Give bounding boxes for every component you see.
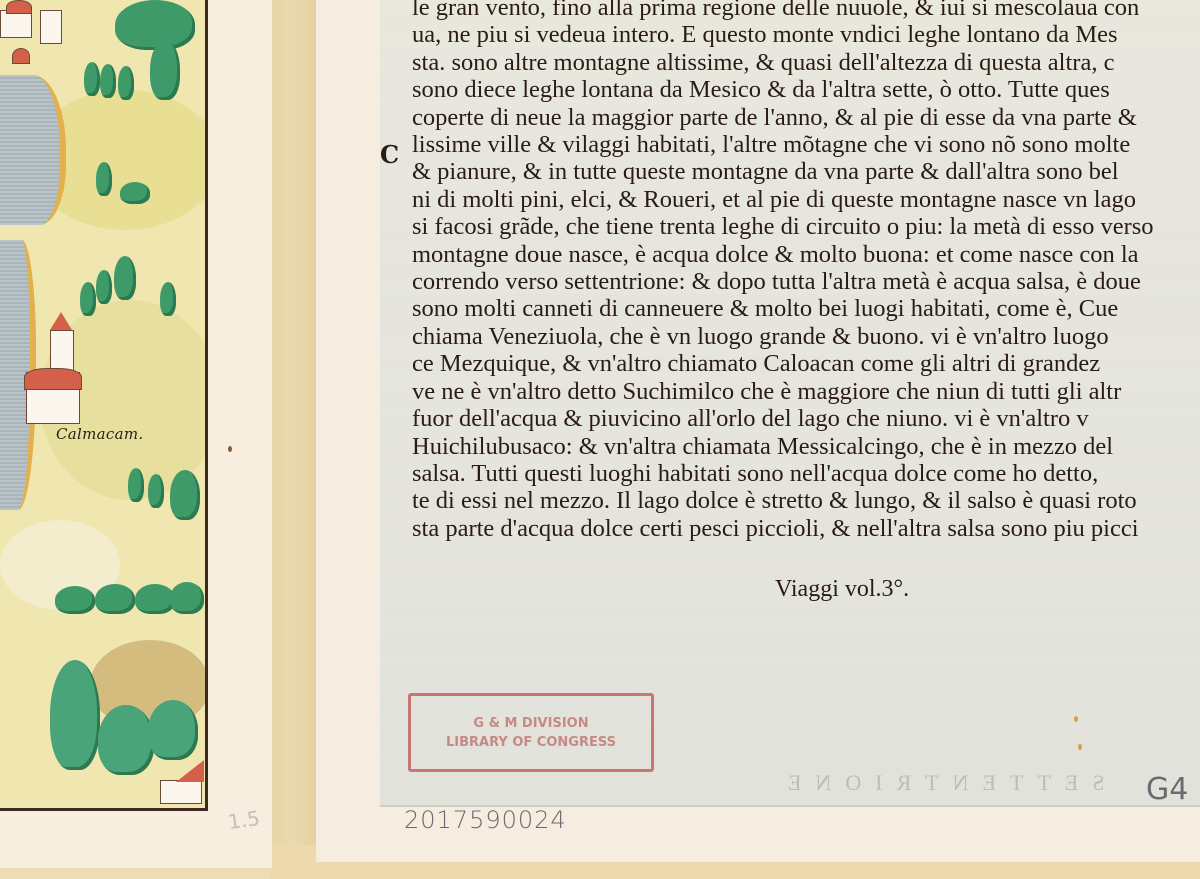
map-sheet: Calmacam. 1.5 bbox=[0, 0, 272, 868]
cottage-icon bbox=[160, 780, 202, 804]
town-building bbox=[0, 10, 32, 38]
ink-speck bbox=[228, 446, 232, 452]
text-line: fuor dell'acqua & piuvicino all'orlo del… bbox=[412, 405, 1200, 432]
text-line: Huichilubusaco: & vn'altra chiamata Mess… bbox=[412, 433, 1200, 460]
foxing-spot bbox=[1078, 744, 1082, 750]
tree-icon bbox=[128, 468, 144, 502]
tree-icon bbox=[55, 586, 95, 614]
text-line: correndo verso settentrione: & dopo tutt… bbox=[412, 268, 1200, 295]
tree-icon bbox=[80, 282, 96, 316]
text-line: sta. sono altre montagne altissime, & qu… bbox=[412, 49, 1200, 76]
roof-icon bbox=[176, 760, 204, 782]
text-line: lissime ville & vilaggi habitati, l'altr… bbox=[412, 131, 1200, 158]
map-illustration: Calmacam. bbox=[0, 0, 208, 811]
tree-icon bbox=[50, 660, 100, 770]
tower-icon bbox=[40, 10, 62, 44]
church-spire-icon bbox=[50, 312, 72, 330]
tree-icon bbox=[96, 162, 112, 196]
text-line: si facosi grãde, che tiene trenta leghe … bbox=[412, 213, 1200, 240]
text-line: sono diece leghe lontana da Mesico & da … bbox=[412, 76, 1200, 103]
stamp-line-division: G & M DIVISION bbox=[411, 714, 651, 733]
tree-icon bbox=[148, 700, 198, 760]
pencil-note: 1.5 bbox=[226, 806, 261, 834]
call-number: G4 bbox=[1146, 772, 1188, 807]
text-line: coperte di neue la maggior parte de l'an… bbox=[412, 104, 1200, 131]
tree-icon bbox=[114, 256, 136, 300]
text-line: te di essi nel mezzo. Il lago dolce è st… bbox=[412, 487, 1200, 514]
tree-icon bbox=[160, 282, 176, 316]
map-place-label: Calmacam. bbox=[56, 425, 143, 443]
tree-icon bbox=[135, 584, 175, 614]
text-line: ce Mezquique, & vn'altro chiamato Caloac… bbox=[412, 350, 1200, 377]
roof-icon bbox=[6, 0, 32, 14]
tree-icon bbox=[120, 182, 150, 204]
body-text: le gran vento, fino alla prima regione d… bbox=[412, 0, 1200, 542]
roof-icon bbox=[24, 368, 82, 390]
text-line: le gran vento, fino alla prima regione d… bbox=[412, 0, 1200, 21]
tree-icon bbox=[96, 270, 112, 304]
text-line: ve ne è vn'altro detto Suchimilco che è … bbox=[412, 378, 1200, 405]
stamp-line-library: LIBRARY OF CONGRESS bbox=[411, 733, 651, 752]
text-line: salsa. Tutti questi luoghi habitati sono… bbox=[412, 460, 1200, 487]
accession-number: 2017590024 bbox=[404, 806, 567, 834]
tree-icon bbox=[100, 64, 116, 98]
tree-icon bbox=[95, 584, 135, 614]
foxing-spot bbox=[1074, 716, 1078, 722]
text-line: sta parte d'acqua dolce certi pesci picc… bbox=[412, 515, 1200, 542]
text-line: ua, ne piu si vedeua intero. E questo mo… bbox=[412, 21, 1200, 48]
tree-icon bbox=[98, 705, 154, 775]
tree-icon bbox=[148, 474, 164, 508]
library-stamp: G & M DIVISION LIBRARY OF CONGRESS bbox=[408, 693, 654, 772]
text-line: sono molti canneti di canneuere & molto … bbox=[412, 295, 1200, 322]
roof-icon bbox=[12, 48, 30, 64]
tree-icon bbox=[115, 0, 195, 50]
backing-board bbox=[270, 0, 320, 879]
tree-icon bbox=[170, 470, 200, 520]
text-line: & pianure, & in tutte queste montagne da… bbox=[412, 158, 1200, 185]
tree-icon bbox=[170, 582, 204, 614]
tree-icon bbox=[150, 40, 180, 100]
text-line: chiama Veneziuola, che è vn luogo grande… bbox=[412, 323, 1200, 350]
printed-page: SETTENTRIONE C le gran vento, fino alla … bbox=[316, 0, 1200, 862]
signature-catchword: Viaggi vol.3°. bbox=[775, 576, 909, 603]
tree-icon bbox=[118, 66, 134, 100]
lake-upper bbox=[0, 75, 66, 225]
tree-icon bbox=[84, 62, 100, 96]
marginal-section-letter: C bbox=[380, 140, 399, 169]
text-line: montagne doue nasce, è acqua dolce & mol… bbox=[412, 241, 1200, 268]
text-line: ni di molti pini, elci, & Roueri, et al … bbox=[412, 186, 1200, 213]
show-through-text: SETTENTRIONE bbox=[774, 770, 1105, 796]
